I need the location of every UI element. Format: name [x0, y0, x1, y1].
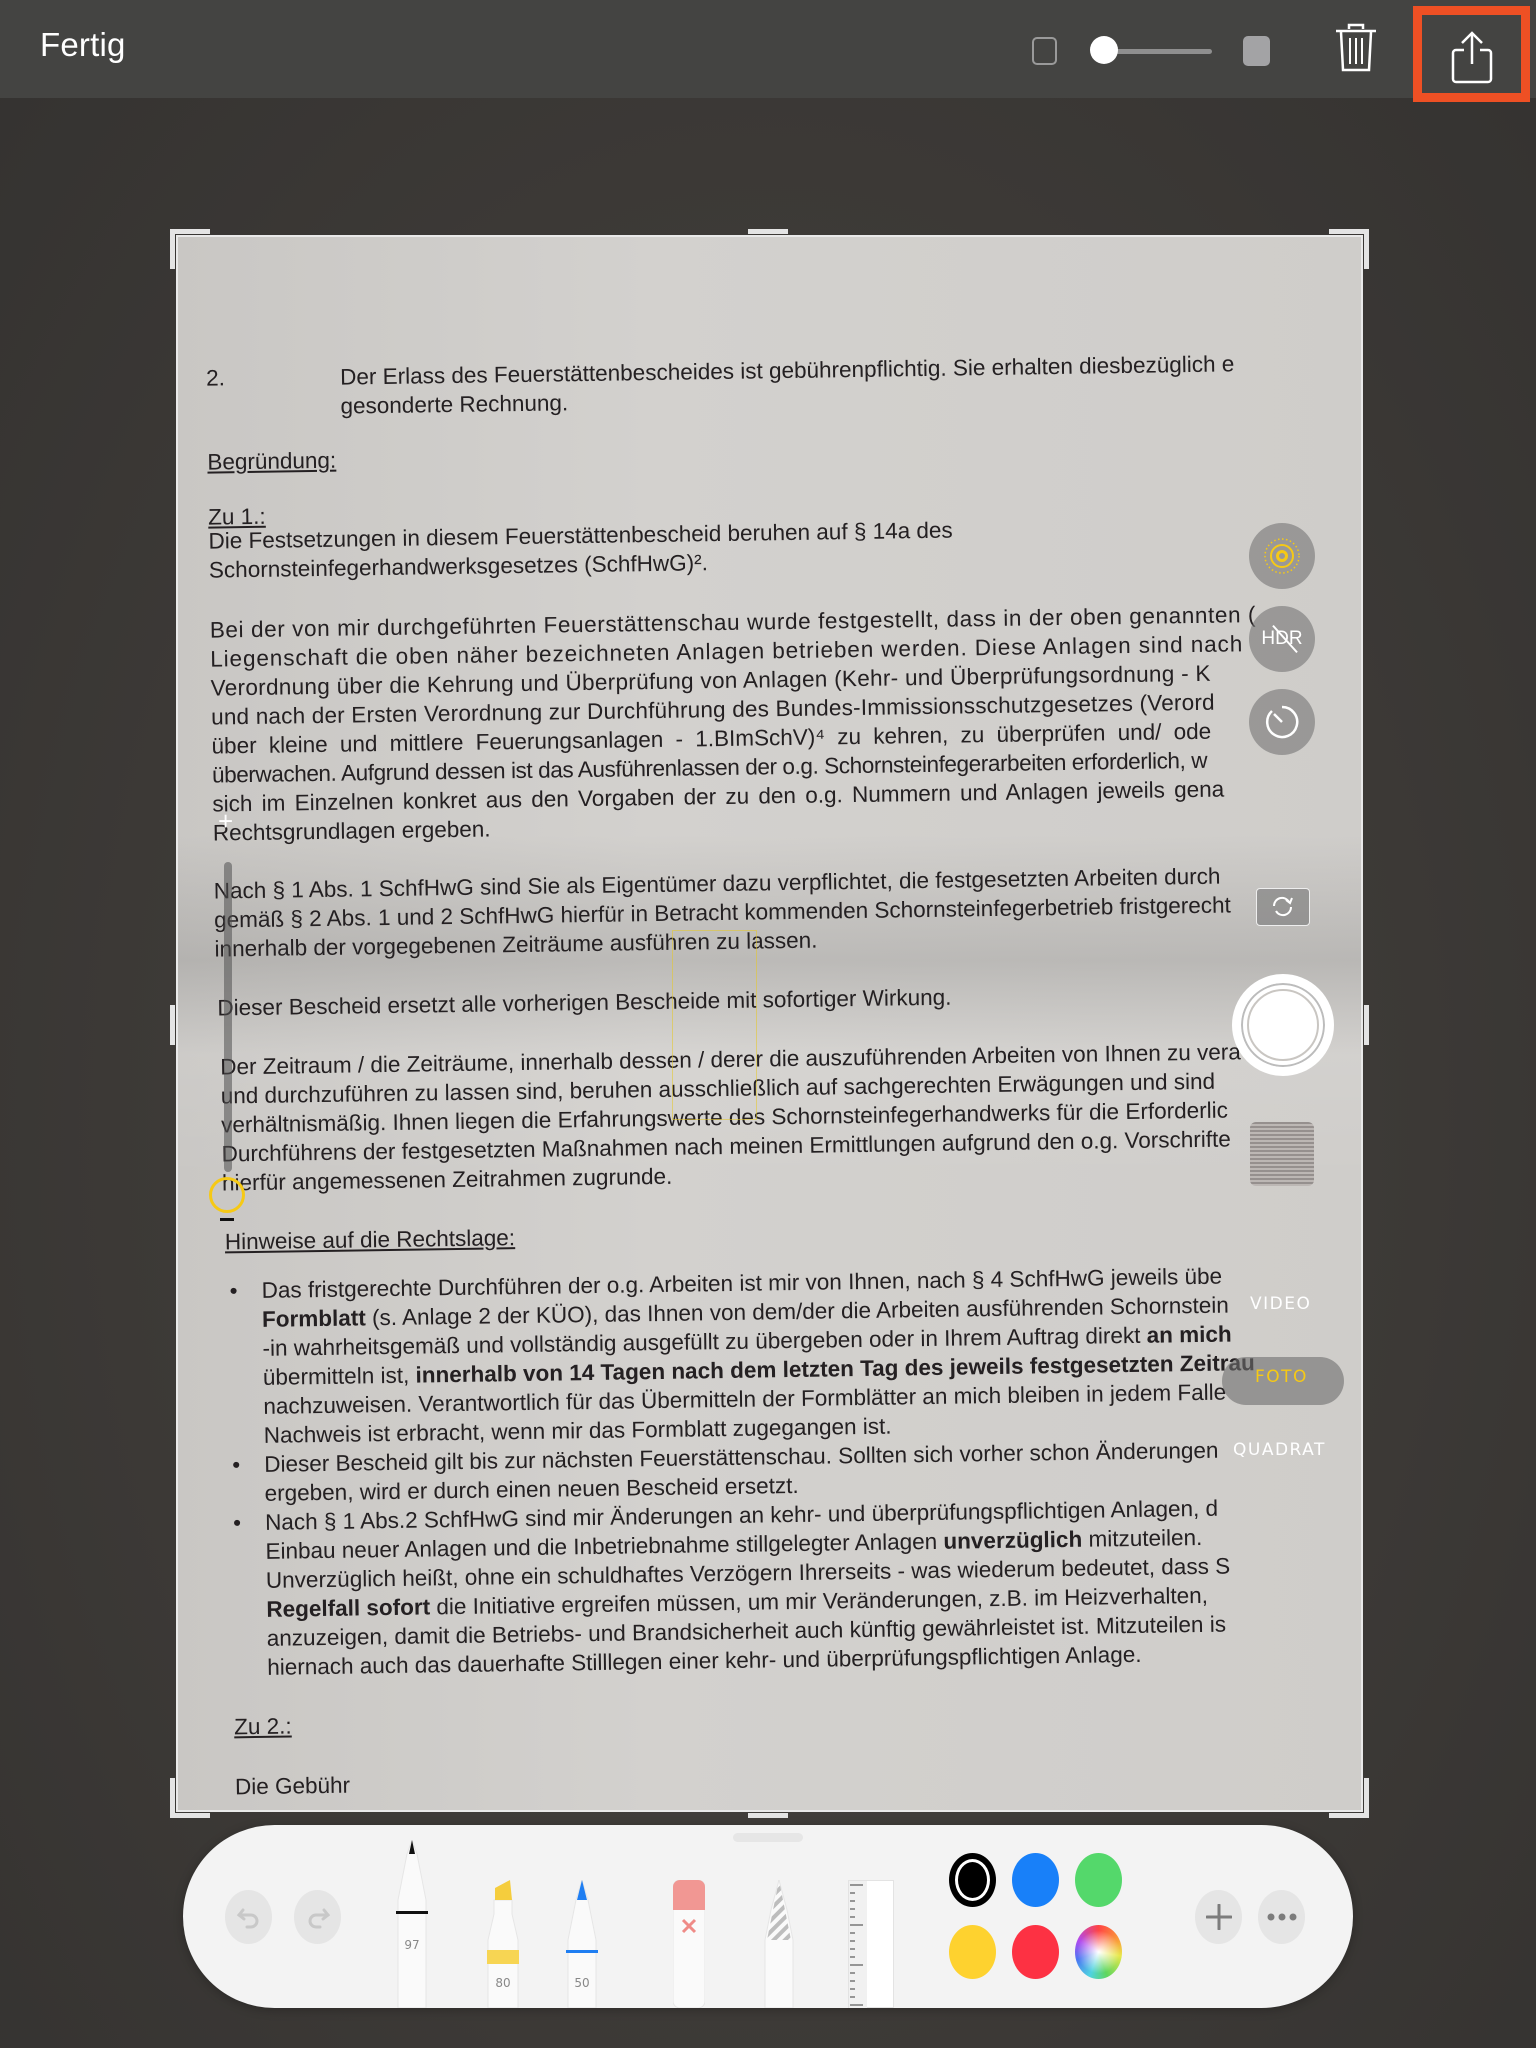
- eraser-tool[interactable]: [673, 1880, 705, 2008]
- doc-line: gesonderte Rechnung.: [340, 388, 568, 420]
- switch-camera-button: [1256, 888, 1310, 926]
- doc-line: hierfür angemessenen Zeitrahmen zugrunde…: [222, 1162, 673, 1198]
- pen-icon: [395, 1840, 429, 2008]
- crop-handle-top-right[interactable]: [1329, 229, 1369, 234]
- crop-handle-top-left[interactable]: [170, 229, 175, 269]
- color-blue-swatch[interactable]: [1012, 1853, 1059, 1907]
- crop-handle-bottom-left[interactable]: [170, 1778, 175, 1818]
- bullet: •: [229, 1276, 237, 1305]
- crop-handle-bottom-left[interactable]: [170, 1813, 210, 1818]
- eraser-icon: [673, 1880, 705, 2008]
- mode-photo: FOTO: [1255, 1367, 1308, 1387]
- color-green-swatch[interactable]: [1075, 1853, 1122, 1907]
- exposure-sun-icon: [209, 1177, 245, 1213]
- top-toolbar: Fertig: [0, 0, 1536, 98]
- doc-line: Schornsteinfegerhandwerksgesetzes (SchfH…: [209, 548, 708, 584]
- add-button[interactable]: [1195, 1890, 1242, 1944]
- list-number: 2.: [206, 363, 225, 392]
- undo-icon: [236, 1904, 262, 1930]
- crop-handle-right[interactable]: [1364, 1005, 1369, 1045]
- stroke-size-slider-thumb[interactable]: [1090, 36, 1118, 64]
- focus-box: [672, 930, 757, 1120]
- doc-bold: Regelfall sofort: [266, 1594, 430, 1621]
- pencil-opacity-label: 50: [565, 1976, 599, 1990]
- small-square-icon[interactable]: [1032, 37, 1057, 65]
- live-photo-button: [1249, 523, 1315, 589]
- lasso-tool[interactable]: [763, 1880, 795, 2008]
- doc-line: Dieser Bescheid ersetzt alle vorherigen …: [217, 983, 951, 1023]
- redo-icon: [305, 1904, 331, 1930]
- pen-tool[interactable]: 97: [395, 1840, 429, 2008]
- palette-grabber[interactable]: [733, 1833, 803, 1842]
- document-text: 2. Der Erlass des Feuerstättenbescheides…: [178, 235, 1363, 237]
- color-picker-swatch[interactable]: [1075, 1925, 1122, 1979]
- doc-bold: Formblatt: [262, 1305, 366, 1332]
- doc-line: übermitteln ist,: [263, 1363, 416, 1390]
- doc-heading: Hinweise auf die Rechtslage:: [225, 1223, 516, 1256]
- trash-icon: [1334, 22, 1378, 74]
- crop-handle-bottom-right[interactable]: [1364, 1778, 1369, 1818]
- mode-video: VIDEO: [1250, 1294, 1311, 1314]
- ellipsis-icon: [1267, 1913, 1297, 1921]
- crop-handle-top-right[interactable]: [1364, 229, 1369, 269]
- timer-button: [1249, 689, 1315, 755]
- ruler-icon: [849, 1881, 895, 2008]
- last-photo-thumbnail: [1250, 1122, 1314, 1186]
- ruler-tool[interactable]: [848, 1880, 894, 2008]
- undo-button[interactable]: [225, 1890, 272, 1944]
- marker-opacity-label: 80: [486, 1976, 520, 1990]
- marker-tool[interactable]: 80: [486, 1880, 520, 2008]
- color-black-swatch[interactable]: [949, 1853, 996, 1907]
- done-button[interactable]: Fertig: [40, 26, 126, 64]
- bullet: •: [232, 1450, 240, 1479]
- exposure-slider: [224, 862, 232, 1172]
- doc-bold: an mich: [1146, 1321, 1231, 1347]
- shutter-button: [1232, 974, 1334, 1076]
- bullet: •: [233, 1508, 241, 1537]
- plus-icon: [1206, 1904, 1232, 1930]
- color-red-swatch[interactable]: [1012, 1925, 1059, 1979]
- markup-toolbar: 97 80 50: [183, 1825, 1353, 2008]
- redo-button[interactable]: [294, 1890, 341, 1944]
- doc-heading: Zu 2.:: [234, 1711, 292, 1741]
- doc-line: mitzuteilen.: [1082, 1525, 1202, 1552]
- crop-handle-bottom-right[interactable]: [1329, 1813, 1369, 1818]
- live-photo-icon: [1262, 536, 1302, 576]
- timer-icon: [1264, 704, 1300, 740]
- mode-square: QUADRAT: [1233, 1440, 1326, 1460]
- crop-handle-top-left[interactable]: [170, 229, 210, 234]
- color-yellow-swatch[interactable]: [949, 1925, 996, 1979]
- doc-bold: unverzüglich: [943, 1527, 1082, 1554]
- lasso-icon: [763, 1880, 795, 2008]
- delete-button[interactable]: [1334, 22, 1378, 74]
- crop-handle-bottom[interactable]: [748, 1813, 788, 1818]
- screenshot-canvas[interactable]: 2. Der Erlass des Feuerstättenbescheides…: [176, 235, 1363, 1812]
- hdr-button: HDR: [1249, 606, 1315, 672]
- pen-opacity-label: 97: [395, 1938, 429, 1952]
- switch-camera-icon: [1257, 889, 1308, 924]
- doc-heading: Begründung:: [207, 446, 336, 477]
- large-square-icon[interactable]: [1243, 36, 1270, 66]
- doc-line: Die Gebühr: [235, 1771, 350, 1802]
- share-button[interactable]: [1413, 6, 1530, 102]
- doc-line: Der Erlass des Feuerstättenbescheides is…: [340, 349, 1235, 391]
- doc-line: Rechtsgrundlagen ergeben.: [213, 814, 491, 847]
- hdr-off-icon: HDR: [1261, 628, 1302, 650]
- pencil-tool[interactable]: 50: [565, 1880, 599, 2008]
- exposure-minus-icon: [220, 1218, 234, 1221]
- crop-handle-top[interactable]: [748, 229, 788, 234]
- more-button[interactable]: [1258, 1890, 1305, 1944]
- crop-handle-left[interactable]: [170, 1005, 175, 1045]
- share-icon: [1448, 29, 1496, 85]
- exposure-plus-icon: +: [218, 808, 233, 834]
